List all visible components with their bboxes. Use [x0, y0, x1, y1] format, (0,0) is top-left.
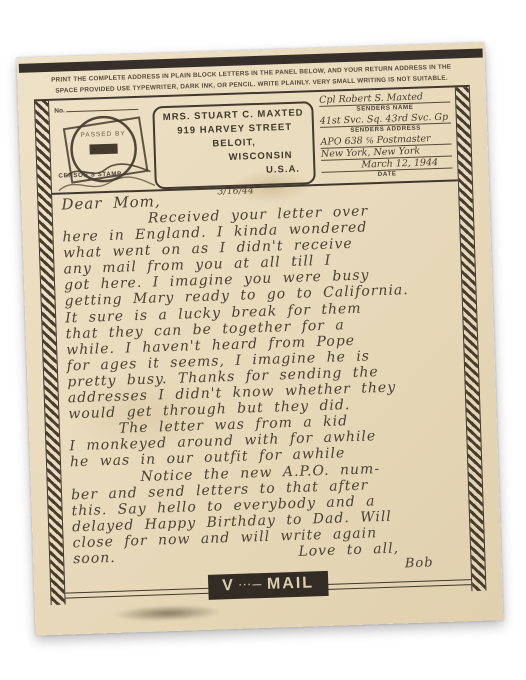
recipient-address-box: MRS. STUART C. MAXTED 919 HARVEY STREET … — [152, 101, 315, 189]
letter-closing: Love to all, — [298, 540, 399, 559]
censor-number-block — [89, 144, 117, 155]
form-header: No. PASSED BY CENSOR'S STAMP — [54, 88, 453, 195]
vmail-logo-mail: MAIL — [267, 574, 315, 593]
letter-lines: Received your letter overhere in England… — [62, 201, 463, 552]
form-content: No. PASSED BY CENSOR'S STAMP — [49, 87, 471, 602]
photo-background: { "colors": { "paper": "#e8dabb", "handw… — [0, 0, 526, 680]
form-frame: No. PASSED BY CENSOR'S STAMP — [34, 85, 487, 615]
censor-stamp-icon: PASSED BY — [50, 107, 157, 194]
vmail-morse-code-icon: ···— — [235, 579, 267, 590]
letter-body: Dear Mom, Received your letter overhere … — [57, 182, 466, 583]
vmail-footer: V···—MAIL — [65, 577, 471, 602]
censor-stamp-area: No. PASSED BY CENSOR'S STAMP — [54, 98, 149, 195]
recipient-address-area: MRS. STUART C. MAXTED 919 HARVEY STREET … — [146, 92, 322, 192]
sender-info-area: Cpl Robert S. Maxted SENDERS NAME 41st S… — [319, 88, 453, 186]
vmail-logo: V···—MAIL — [209, 572, 327, 599]
letter-last-word: soon. — [73, 550, 116, 567]
vmail-logo-v: V — [222, 577, 235, 594]
vmail-letter-paper: PRINT THE COMPLETE ADDRESS IN PLAIN BLOC… — [17, 42, 504, 635]
censor-passed-by-text: PASSED BY — [80, 130, 126, 139]
